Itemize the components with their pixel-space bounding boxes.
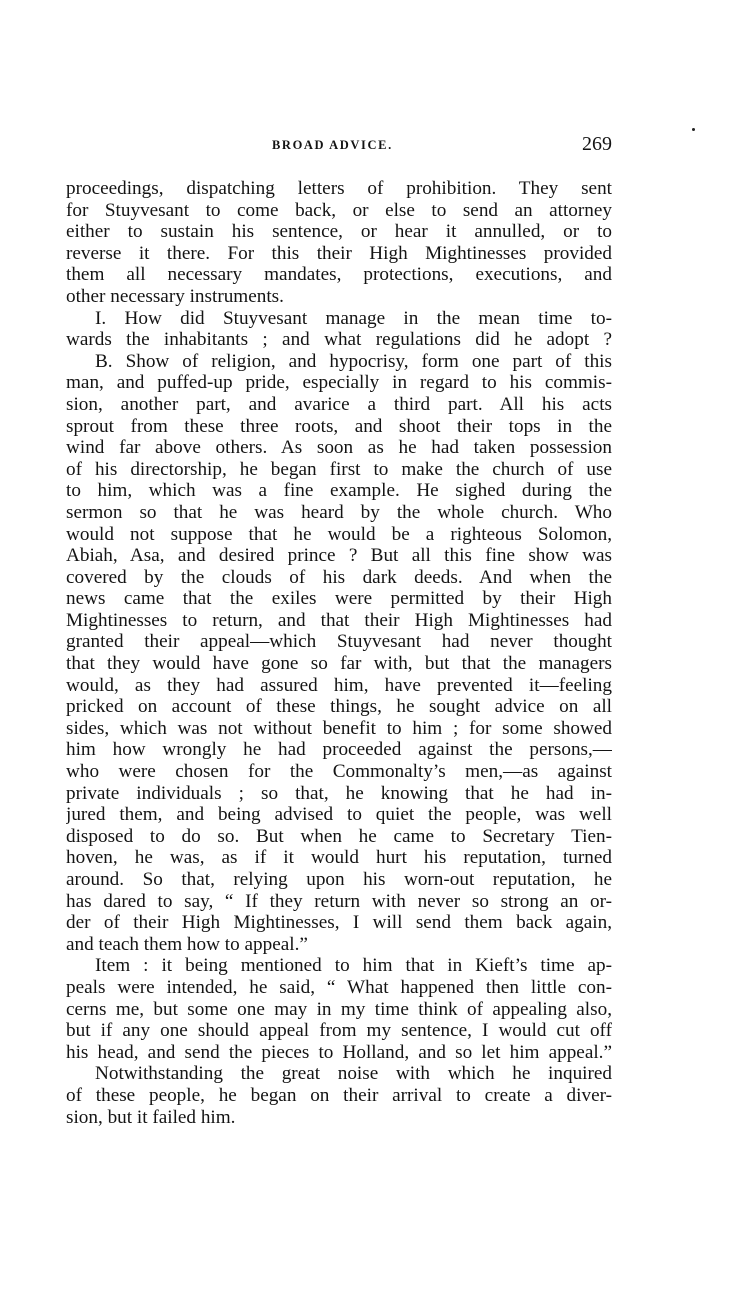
text-line: of his directorship, he began first to m… (66, 459, 612, 481)
text-line: pricked on account of these things, he s… (66, 696, 612, 718)
text-line: sion, another part, and avarice a third … (66, 394, 612, 416)
text-line: peals were intended, he said, “ What hap… (66, 977, 612, 999)
page-number: 269 (582, 133, 612, 156)
text-line: granted their appeal—which Stuyvesant ha… (66, 631, 612, 653)
text-line: I. How did Stuyvesant manage in the mean… (66, 308, 612, 330)
text-line: has dared to say, “ If they return with … (66, 891, 612, 913)
text-line: sprout from these three roots, and shoot… (66, 416, 612, 438)
text-line: B. Show of religion, and hypocrisy, form… (66, 351, 612, 373)
text-line: jured them, and being advised to quiet t… (66, 804, 612, 826)
page-body-text: proceedings, dispatching letters of proh… (66, 178, 612, 1128)
running-title: BROAD ADVICE. (272, 138, 393, 153)
text-line: covered by the clouds of his dark deeds.… (66, 567, 612, 589)
text-line: reverse it there. For this their High Mi… (66, 243, 612, 265)
text-line: sion, but it failed him. (66, 1107, 612, 1129)
text-line: disposed to do so. But when he came to S… (66, 826, 612, 848)
text-line: cerns me, but some one may in my time th… (66, 999, 612, 1021)
text-line: other necessary instruments. (66, 286, 612, 308)
text-line: Abiah, Asa, and desired prince ? But all… (66, 545, 612, 567)
text-line: his head, and send the pieces to Holland… (66, 1042, 612, 1064)
text-line: sides, which was not without benefit to … (66, 718, 612, 740)
text-line: wards the inhabitants ; and what regulat… (66, 329, 612, 351)
text-line: for Stuyvesant to come back, or else to … (66, 200, 612, 222)
text-line: but if any one should appeal from my sen… (66, 1020, 612, 1042)
scan-speck (692, 128, 695, 131)
text-line: der of their High Mightinesses, I will s… (66, 912, 612, 934)
text-line: to him, which was a fine example. He sig… (66, 480, 612, 502)
text-line: private individuals ; so that, he knowin… (66, 783, 612, 805)
text-line: man, and puffed-up pride, especially in … (66, 372, 612, 394)
text-line: hoven, he was, as if it would hurt his r… (66, 847, 612, 869)
text-line: would not suppose that he would be a rig… (66, 524, 612, 546)
text-line: wind far above others. As soon as he had… (66, 437, 612, 459)
text-line: and teach them how to appeal.” (66, 934, 612, 956)
text-line: would, as they had assured him, have pre… (66, 675, 612, 697)
text-line: them all necessary mandates, protections… (66, 264, 612, 286)
text-line: sermon so that he was heard by the whole… (66, 502, 612, 524)
text-line: that they would have gone so far with, b… (66, 653, 612, 675)
text-line: Item : it being mentioned to him that in… (66, 955, 612, 977)
page-header: BROAD ADVICE. 269 (66, 134, 612, 158)
text-line: Mightinesses to return, and that their H… (66, 610, 612, 632)
text-line: Notwithstanding the great noise with whi… (66, 1063, 612, 1085)
text-line: who were chosen for the Commonalty’s men… (66, 761, 612, 783)
text-line: him how wrongly he had proceeded against… (66, 739, 612, 761)
text-line: of these people, he began on their arriv… (66, 1085, 612, 1107)
text-line: around. So that, relying upon his worn-o… (66, 869, 612, 891)
text-line: proceedings, dispatching letters of proh… (66, 178, 612, 200)
text-line: either to sustain his sentence, or hear … (66, 221, 612, 243)
text-line: news came that the exiles were permitted… (66, 588, 612, 610)
